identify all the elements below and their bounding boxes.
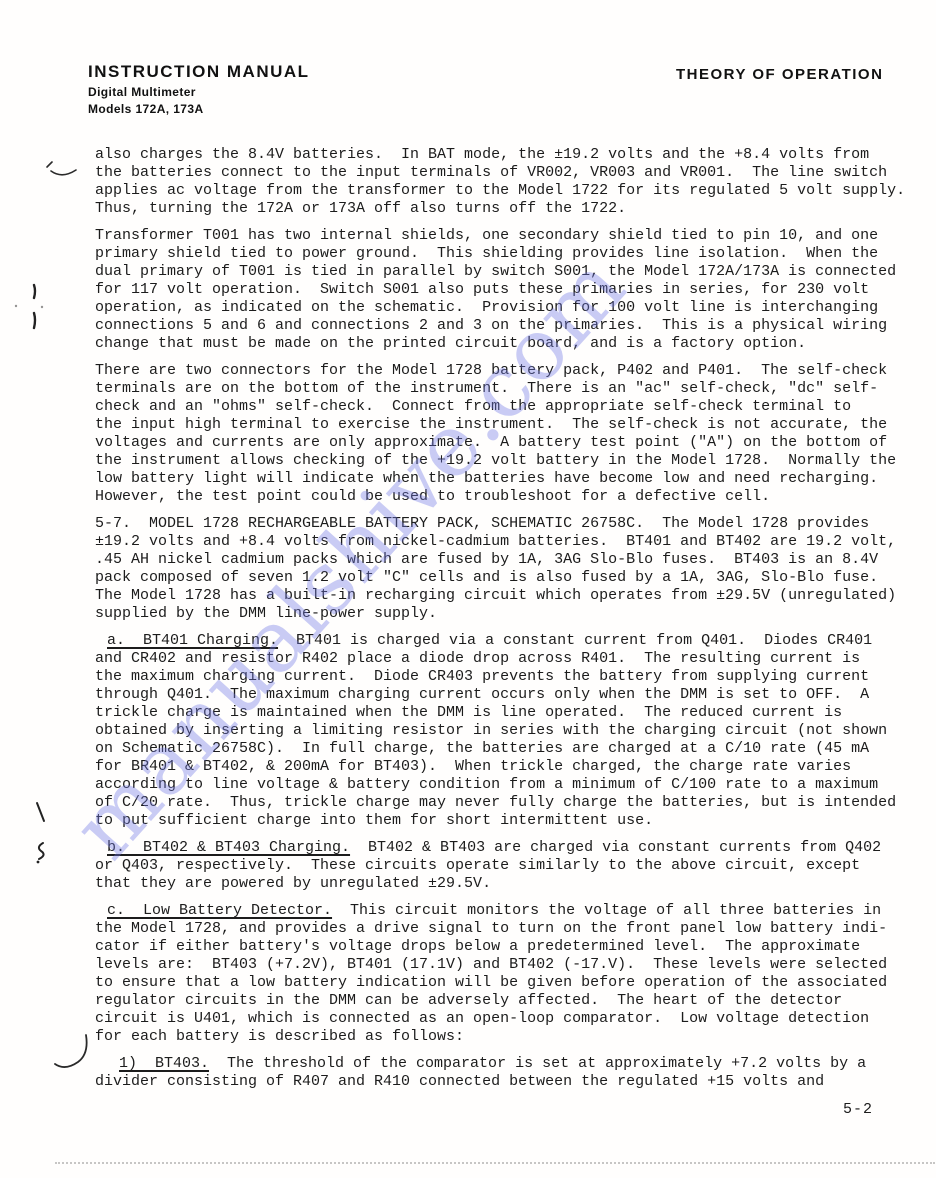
paragraph-7-text: This circuit monitors the voltage of all…	[95, 902, 887, 1045]
document-page: manualshive.com INSTRUCTION MANUAL Digit…	[0, 0, 936, 1178]
paragraph-6-lead: b. BT402 & BT403 Charging.	[107, 839, 350, 856]
handwritten-mark-scribble	[33, 841, 51, 865]
handwritten-mark-tick-1	[29, 283, 41, 301]
paragraph-7-low-battery-detector: c. Low Battery Detector. This circuit mo…	[95, 902, 933, 1046]
handwritten-mark-squiggle-top	[44, 158, 84, 184]
paragraph-2: Transformer T001 has two internal shield…	[95, 227, 933, 353]
paragraph-2-text: Transformer T001 has two internal shield…	[95, 227, 896, 352]
scan-artifact-dotted-line	[55, 1162, 935, 1164]
manual-title: INSTRUCTION MANUAL	[88, 62, 310, 82]
handwritten-mark-j-curve	[52, 1032, 94, 1072]
manual-subtitle: Digital Multimeter	[88, 85, 310, 99]
paragraph-6-bt402-bt403-charging: b. BT402 & BT403 Charging. BT402 & BT403…	[95, 839, 933, 893]
handwritten-mark-tick-2	[29, 311, 41, 331]
paragraph-1: also charges the 8.4V batteries. In BAT …	[95, 146, 933, 218]
paragraph-5-lead: a. BT401 Charging.	[107, 632, 278, 649]
paragraph-4-section-5-7: 5-7. MODEL 1728 RECHARGEABLE BATTERY PAC…	[95, 515, 933, 623]
paragraph-8-text: The threshold of the comparator is set a…	[95, 1055, 866, 1090]
paragraph-7-lead: c. Low Battery Detector.	[107, 902, 332, 919]
handwritten-mark-backslash	[33, 801, 49, 825]
paragraph-3: There are two connectors for the Model 1…	[95, 362, 933, 506]
manual-models: Models 172A, 173A	[88, 102, 310, 116]
page-body: also charges the 8.4V batteries. In BAT …	[95, 146, 933, 1100]
paragraph-5-bt401-charging: a. BT401 Charging. BT401 is charged via …	[95, 632, 933, 830]
paragraph-4-text: 5-7. MODEL 1728 RECHARGEABLE BATTERY PAC…	[95, 515, 896, 622]
scan-artifact-dots	[12, 301, 48, 311]
paragraph-8-bt403-threshold: 1) BT403. The threshold of the comparato…	[95, 1055, 933, 1091]
paragraph-5-text: BT401 is charged via a constant current …	[95, 632, 896, 829]
page-number: 5-2	[843, 1101, 873, 1118]
section-title: THEORY OF OPERATION	[676, 66, 883, 83]
paragraph-1-text: also charges the 8.4V batteries. In BAT …	[95, 146, 905, 217]
header-left: INSTRUCTION MANUAL Digital Multimeter Mo…	[88, 62, 310, 116]
paragraph-8-lead: 1) BT403.	[119, 1055, 209, 1072]
paragraph-3-text: There are two connectors for the Model 1…	[95, 362, 896, 505]
